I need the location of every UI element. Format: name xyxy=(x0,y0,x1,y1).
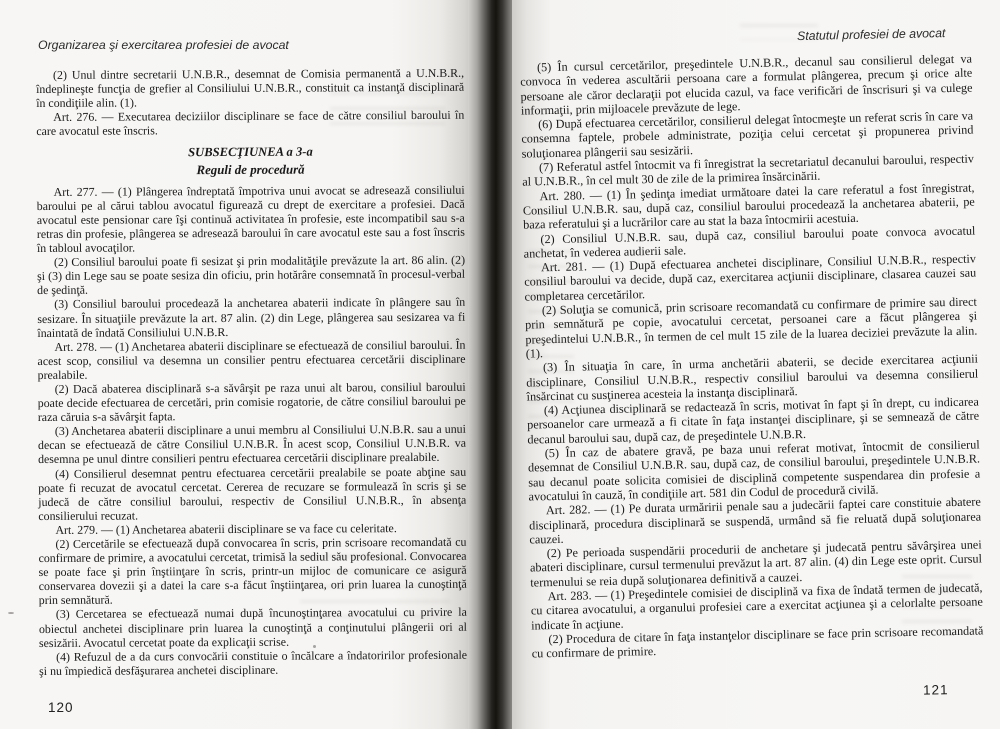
book-scan: Organizarea şi exercitarea profesiei de … xyxy=(0,0,1000,729)
paragraph: (2) Consiliul baroului poate fi sesizat … xyxy=(37,253,465,298)
right-page-tilt: Statutul profesiei de avocat (5) În curs… xyxy=(519,0,990,729)
paragraph: (3) Anchetarea abaterii disciplinare a u… xyxy=(38,422,466,467)
left-page-number: 120 xyxy=(48,700,74,715)
paragraph: (2) Dacă abaterea disciplinară s-a săvâr… xyxy=(38,380,466,425)
paragraph: Art. 277. — (1) Plângerea îndreptată împ… xyxy=(37,182,465,255)
paragraph: (4) Refuzul de a da curs convocării cons… xyxy=(39,648,467,678)
paragraph: (2) Soluţia se comunică, prin scrisoare … xyxy=(525,295,978,361)
paragraph: Art. 278. — (1) Anchetarea abaterii disc… xyxy=(37,337,465,382)
left-running-head: Organizarea şi exercitarea profesiei de … xyxy=(38,38,289,52)
paragraph: (2) Unul dintre secretarii U.N.B.R., des… xyxy=(36,66,464,111)
paragraph: (5) În cursul cercetărilor, preşedintele… xyxy=(520,52,973,118)
paragraph: Art. 276. — Executarea deciziilor discip… xyxy=(36,108,464,138)
paragraph: (5) În caz de abatere gravă, pe baza unu… xyxy=(528,438,981,504)
scan-speck xyxy=(8,612,14,614)
scan-speck xyxy=(313,645,316,648)
right-page-number: 121 xyxy=(923,682,949,698)
right-page-body: (5) În cursul cercetărilor, preşedintele… xyxy=(520,52,984,661)
paragraph: (4) Consilierul desemnat pentru efectuar… xyxy=(38,464,466,523)
left-page-body: (2) Unul dintre secretarii U.N.B.R., des… xyxy=(36,66,467,678)
right-page: Statutul profesiei de avocat (5) În curs… xyxy=(512,0,1000,729)
paragraph: (3) Consiliul baroului procedează la anc… xyxy=(37,295,465,340)
right-running-head: Statutul profesiei de avocat xyxy=(797,26,946,43)
paragraph: (2) Cercetările se efectuează după convo… xyxy=(38,535,466,608)
subsection-heading: Reguli de procedură xyxy=(37,161,465,177)
left-page: Organizarea şi exercitarea profesiei de … xyxy=(0,0,478,729)
paragraph: (3) Cercetarea se efectuează numai după … xyxy=(39,605,467,650)
subsection-heading: SUBSECŢIUNEA a 3-a xyxy=(36,144,464,160)
